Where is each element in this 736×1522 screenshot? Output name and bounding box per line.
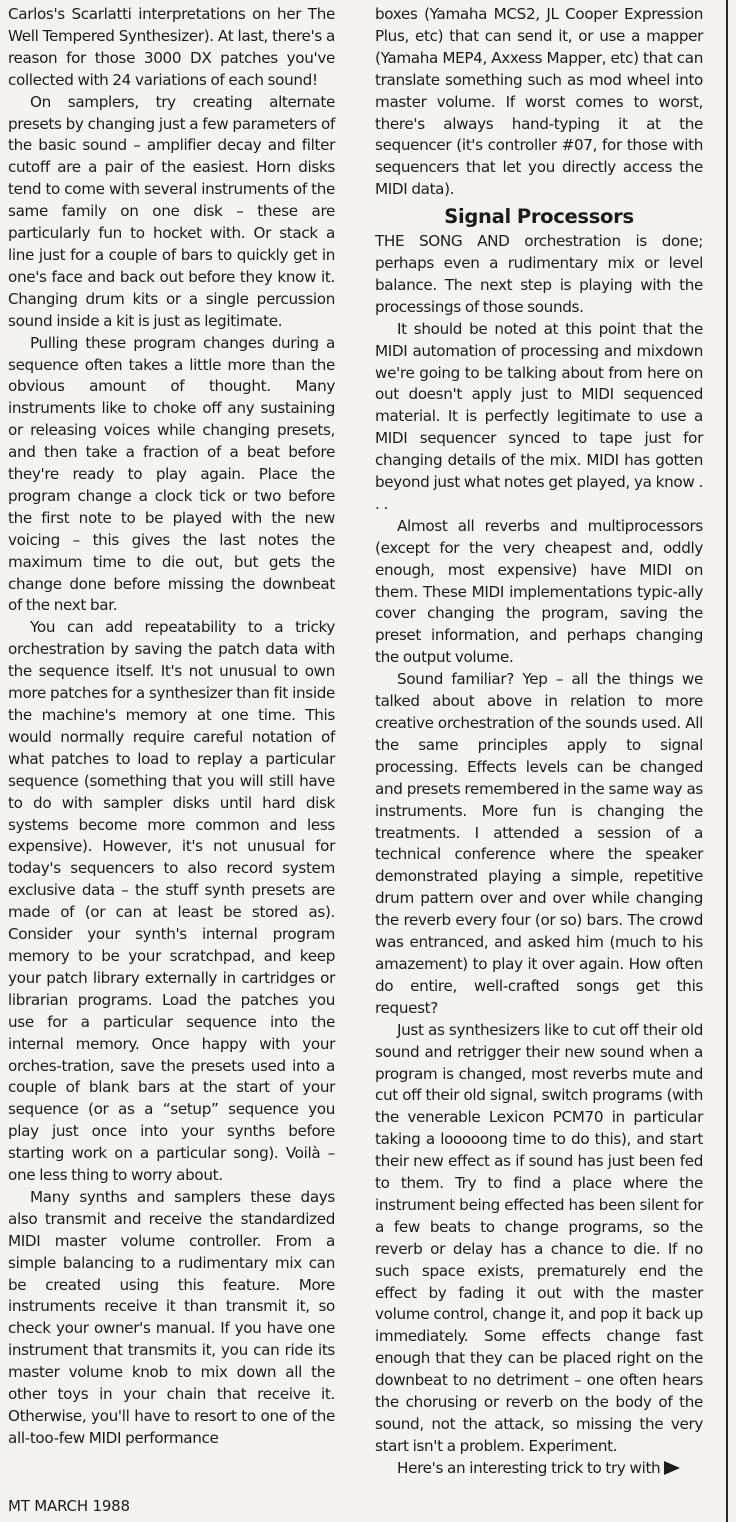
paragraph: It should be noted at this point that th… [375, 319, 703, 516]
column-rule [726, 0, 728, 1522]
paragraph-last: Here's an interesting trick to try with [375, 1458, 703, 1480]
paragraph: Pulling these program changes during a s… [8, 333, 335, 618]
paragraph: boxes (Yamaha MCS2, JL Cooper Expression… [375, 4, 703, 201]
paragraph: On samplers, try creating alternate pres… [8, 92, 335, 333]
paragraph: THE SONG AND orchestration is done; perh… [375, 231, 703, 319]
left-column: Carlos's Scarlatti interpretations on he… [8, 4, 335, 1450]
section-heading: Signal Processors [375, 206, 703, 228]
paragraph: Carlos's Scarlatti interpretations on he… [8, 4, 335, 92]
paragraph: Almost all reverbs and multiprocessors (… [375, 516, 703, 669]
paragraph: Sound familiar? Yep – all the things we … [375, 669, 703, 1020]
page-folio: MT MARCH 1988 [8, 1497, 130, 1515]
continue-arrow-icon [664, 1461, 680, 1475]
right-column: boxes (Yamaha MCS2, JL Cooper Expression… [375, 4, 703, 1480]
paragraph: You can add repeatability to a tricky or… [8, 617, 335, 1187]
paragraph: Many synths and samplers these days also… [8, 1187, 335, 1450]
paragraph-text: Here's an interesting trick to try with [397, 1459, 660, 1477]
paragraph: Just as synthesizers like to cut off the… [375, 1020, 703, 1458]
